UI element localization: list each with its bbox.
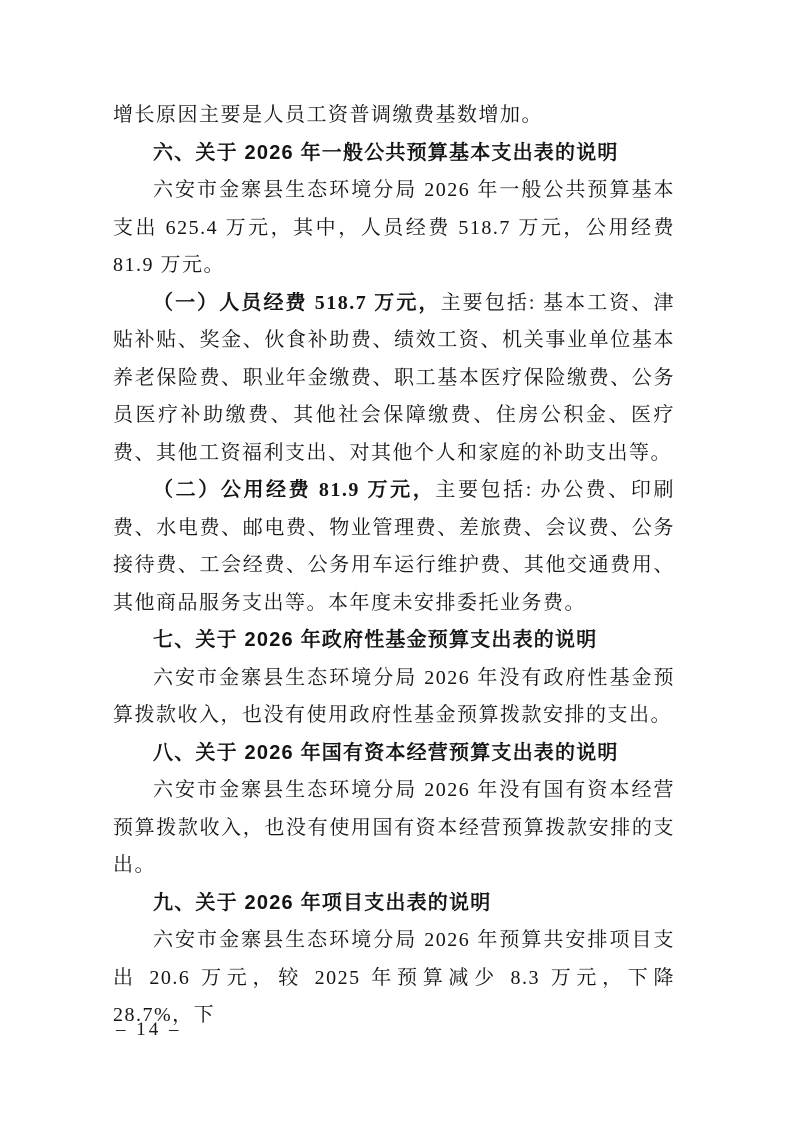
item-1-body-text: 主要包括: 基本工资、津贴补贴、奖金、伙食补助费、绩效工资、机关事业单位基本养老… (113, 292, 675, 464)
section-6-item-1-paragraph: （一）人员经费 518.7 万元，主要包括: 基本工资、津贴补贴、奖金、伙食补助… (113, 285, 675, 473)
section-9-heading: 九、关于 2026 年项目支出表的说明 (113, 885, 675, 923)
section-6-heading: 六、关于 2026 年一般公共预算基本支出表的说明 (113, 135, 675, 173)
section-9-paragraph: 六安市金寨县生态环境分局 2026 年预算共安排项目支出 20.6 万元，较 2… (113, 922, 675, 1035)
document-page: 增长原因主要是人员工资普调缴费基数增加。 六、关于 2026 年一般公共预算基本… (0, 0, 793, 1122)
section-8-heading: 八、关于 2026 年国有资本经营预算支出表的说明 (113, 735, 675, 773)
section-6-intro-paragraph: 六安市金寨县生态环境分局 2026 年一般公共预算基本支出 625.4 万元，其… (113, 172, 675, 285)
carryover-paragraph: 增长原因主要是人员工资普调缴费基数增加。 (113, 97, 675, 135)
page-number: – 14 – (116, 1016, 182, 1044)
section-8-paragraph: 六安市金寨县生态环境分局 2026 年没有国有资本经营预算拨款收入，也没有使用国… (113, 772, 675, 885)
section-7-paragraph: 六安市金寨县生态环境分局 2026 年没有政府性基金预算拨款收入，也没有使用政府… (113, 660, 675, 735)
document-body: 增长原因主要是人员工资普调缴费基数增加。 六、关于 2026 年一般公共预算基本… (113, 97, 675, 1035)
item-1-bold-lead: （一）人员经费 518.7 万元， (153, 292, 441, 314)
item-2-bold-lead: （二）公用经费 81.9 万元， (153, 479, 435, 501)
section-6-item-2-paragraph: （二）公用经费 81.9 万元，主要包括: 办公费、印刷费、水电费、邮电费、物业… (113, 472, 675, 622)
section-7-heading: 七、关于 2026 年政府性基金预算支出表的说明 (113, 622, 675, 660)
